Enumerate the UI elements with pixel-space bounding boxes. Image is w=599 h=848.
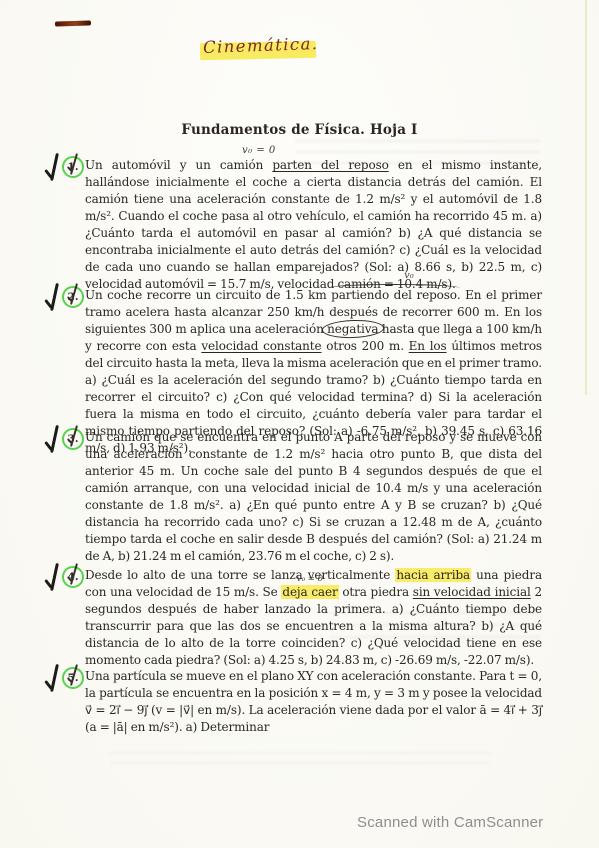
text-segment: otros 200 m. <box>321 339 408 353</box>
problem-number: 5. <box>68 672 79 684</box>
handwritten-title-text: Cinemática. <box>203 34 319 57</box>
underlined-phrase: sin velocidad inicial <box>413 585 531 599</box>
problem-number: 3. <box>68 433 79 445</box>
braced-phrase: partiendo del reposov₀ <box>331 288 457 302</box>
problem-number: 2. <box>68 291 79 303</box>
handwritten-annotation: v₀ <box>404 272 414 280</box>
problem-4: 4. Desde lo alto de una torre se lanza v… <box>85 567 542 669</box>
text-segment: Una partícula se mueve en el plano XY co… <box>85 669 542 734</box>
problem-number-circled: 2. <box>62 286 84 308</box>
handwritten-annotation: v₀ = 0 <box>297 575 324 583</box>
underlined-phrase: velocidad constante <box>201 339 321 353</box>
problem-number: 1. <box>68 161 79 173</box>
page-title: Fundamentos de Física. Hoja I <box>0 122 599 138</box>
page-edge-line <box>585 0 587 395</box>
problem-number: 4. <box>68 571 79 583</box>
text-segment: Un automóvil y un camión <box>85 158 272 172</box>
problem-number-circled: 3. <box>62 428 84 450</box>
problem-text: Una partícula se mueve en el plano XY co… <box>85 668 542 736</box>
handwritten-title: Cinemática. <box>200 33 330 67</box>
problem-number-circled: 4. <box>62 566 84 588</box>
problem-5: 5. Una partícula se mueve en el plano XY… <box>85 668 542 736</box>
camscanner-watermark: Scanned with CamScanner <box>357 814 543 831</box>
problem-number-circled: 5. <box>62 667 84 689</box>
highlighted-phrase: deja caerv₀ = 0 <box>281 585 338 599</box>
highlighted-phrase: hacia arriba <box>395 568 471 582</box>
handwritten-annotation-v0: v₀ = 0 <box>242 145 276 156</box>
problem-number-circled: 1. <box>62 156 84 178</box>
problem-text: Desde lo alto de una torre se lanza vert… <box>85 567 542 669</box>
problem-text: Un automóvil y un camión parten del repo… <box>85 157 542 293</box>
underlined-phrase: En los <box>409 339 447 353</box>
problem-text: Un camión que se encuentra en el punto A… <box>85 429 542 565</box>
circled-word: negativa <box>327 322 378 336</box>
problem-1: 1. Un automóvil y un camión parten del r… <box>85 157 542 293</box>
text-segment: Desde lo alto de una torre se lanza vert… <box>85 568 395 582</box>
text-segment: en el mismo instante, hallándose inicial… <box>85 158 542 291</box>
text-segment: Un camión que se encuentra en el punto A… <box>85 430 542 563</box>
text-segment: otra piedra <box>339 585 413 599</box>
underlined-phrase: parten del reposo <box>272 158 388 172</box>
scanned-page: Cinemática. Fundamentos de Física. Hoja … <box>0 0 599 848</box>
bleed-through-texture <box>110 752 490 764</box>
pen-mark <box>55 20 91 26</box>
problem-3: 3. Un camión que se encuentra en el punt… <box>85 429 542 565</box>
text-segment: Un coche recorre un circuito de 1.5 km <box>85 288 331 302</box>
